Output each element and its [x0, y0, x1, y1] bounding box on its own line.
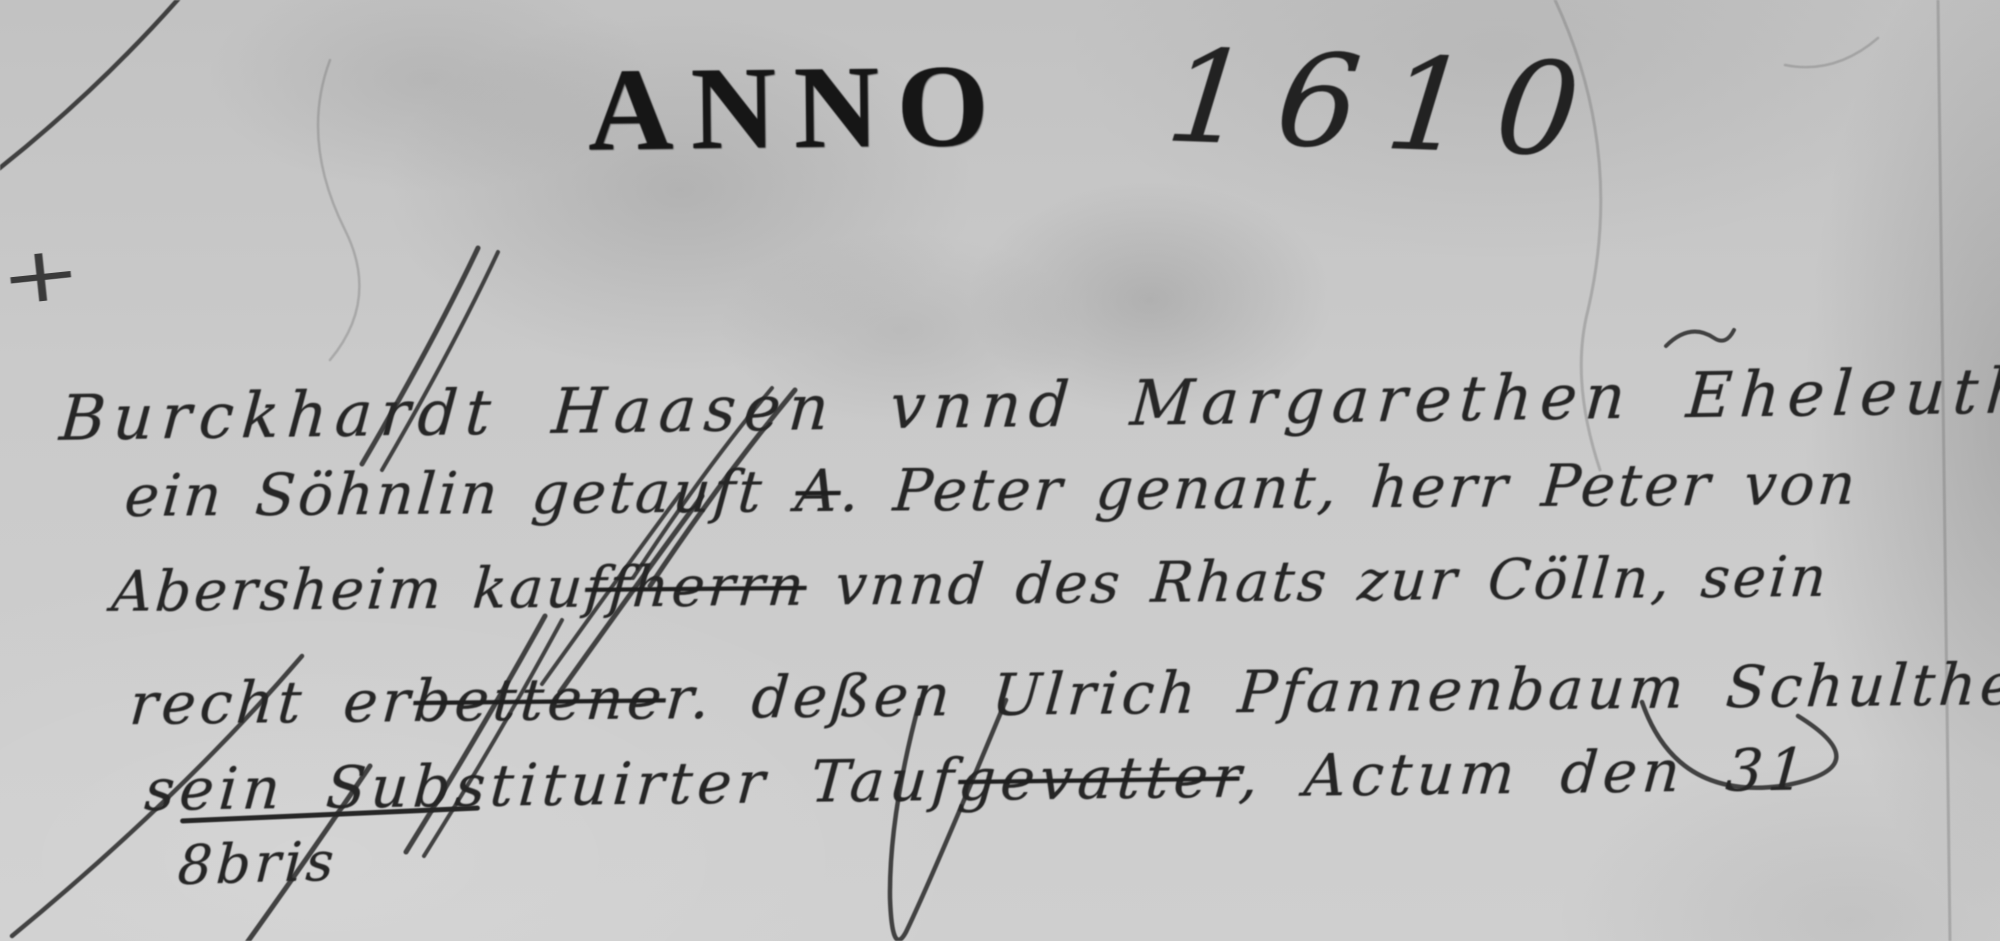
struck-text: bettene	[411, 664, 668, 735]
entry-text: ein Söhnlin getauft	[122, 457, 798, 530]
entry-text: r. deßen Ulrich Pfannenbaum Schultheiß	[663, 650, 2000, 733]
struck-text: gevatter	[956, 743, 1242, 815]
paper-crease	[318, 60, 359, 360]
struck-text: ffherrn	[583, 554, 809, 621]
manuscript-page: ANNO 1610 + Burckhardt Haasen vnnd Marga…	[0, 0, 2000, 941]
entry-text: Abersheim kau	[109, 556, 587, 625]
struck-text: A	[793, 457, 843, 525]
paper-crease	[1938, 0, 1950, 941]
entry-text: recht er	[127, 667, 416, 738]
entry-text: , Actum den 31	[1237, 736, 1812, 811]
ink-flourish	[890, 700, 1006, 940]
paper-crease	[1785, 38, 1878, 67]
ink-flourish	[0, 0, 188, 182]
entry-text: sein Substituirter Tauf	[142, 746, 961, 824]
entry-text: 8bris	[176, 830, 340, 897]
margin-cross-mark: +	[0, 228, 85, 324]
ink-flourish	[1666, 330, 1734, 346]
handwritten-year: 1610	[1160, 23, 1614, 187]
entry-line: 8bris	[176, 830, 340, 897]
ink-flourish	[424, 620, 562, 856]
printed-year-label: ANNO	[587, 38, 1007, 178]
entry-text: vnnd des Rhats zur Cölln, sein	[804, 545, 1832, 619]
entry-line: ein Söhnlin getauft A. Peter genant, her…	[122, 450, 1861, 530]
entry-text: . Peter genant, herr Peter von	[838, 450, 1861, 525]
